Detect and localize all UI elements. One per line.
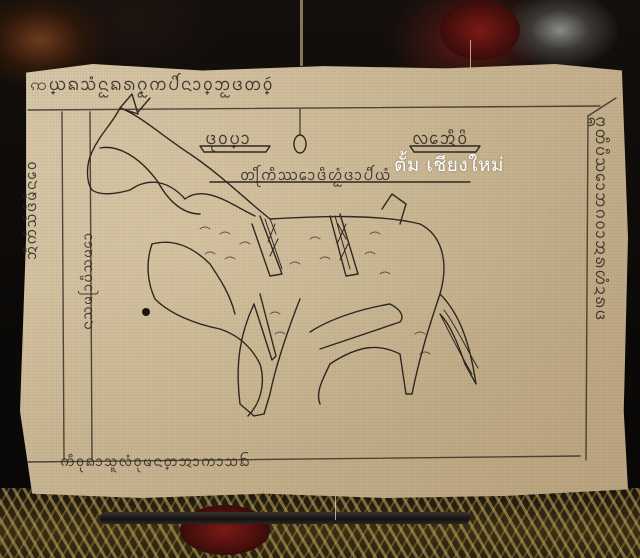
white-thread [300, 0, 303, 66]
inscription-right-column: ᩍᨲᩥᨷᩥᩈᩮᩣᨽᨣᩅᩣᩋᩁᩉᩴᨯᩁᨴ [587, 116, 612, 321]
dark-rod [100, 512, 470, 524]
inscription-label-right: ᩃᩮᩋᩥᩅᩦ [412, 126, 468, 153]
inscription-left-column: ᩋᩥᨠᩥᩈᩥᨴᩥᨾᩥᨶᩮᩅ [20, 160, 44, 260]
inscription-middle: ᨲᩕᩥᨠᩥᩔᩮᩣᨴᩥᩉᩬᩴᨴᩣᨸᩥᨿᩴ [240, 164, 391, 188]
frame-lines [28, 98, 616, 462]
red-thread-bundle [440, 0, 520, 60]
inscription-top: ꩡ᩠ᨿᨦᩈᩴᨶᩬᨦᩁ᩠ᨣᩬᨠᨸᩦᨶᩣ᩠ᩅᨽᩬᨴᨲ᩠ᩅᩢ [30, 72, 274, 99]
inscription-bottom: ᨠᩥᩅᩩᨦᩣᩈᩪᩃᩴᩅᩩᨾᨶ᩠ᨲᩋᩣᨠᩣᩈᨺ [60, 452, 251, 474]
watermark-text: ตั้ม เชียงใหม่ [394, 150, 504, 180]
inscription-left-column: ᨶᩈᨾᩕᩣᨷᩥᩈᨾᩮᩣ [78, 232, 100, 330]
horse-yantra-drawing [20, 64, 628, 498]
hanging-bead [294, 135, 306, 153]
inscription-label-left: ᨴᩩᩅ᩠ᨷᩣ [205, 126, 251, 153]
